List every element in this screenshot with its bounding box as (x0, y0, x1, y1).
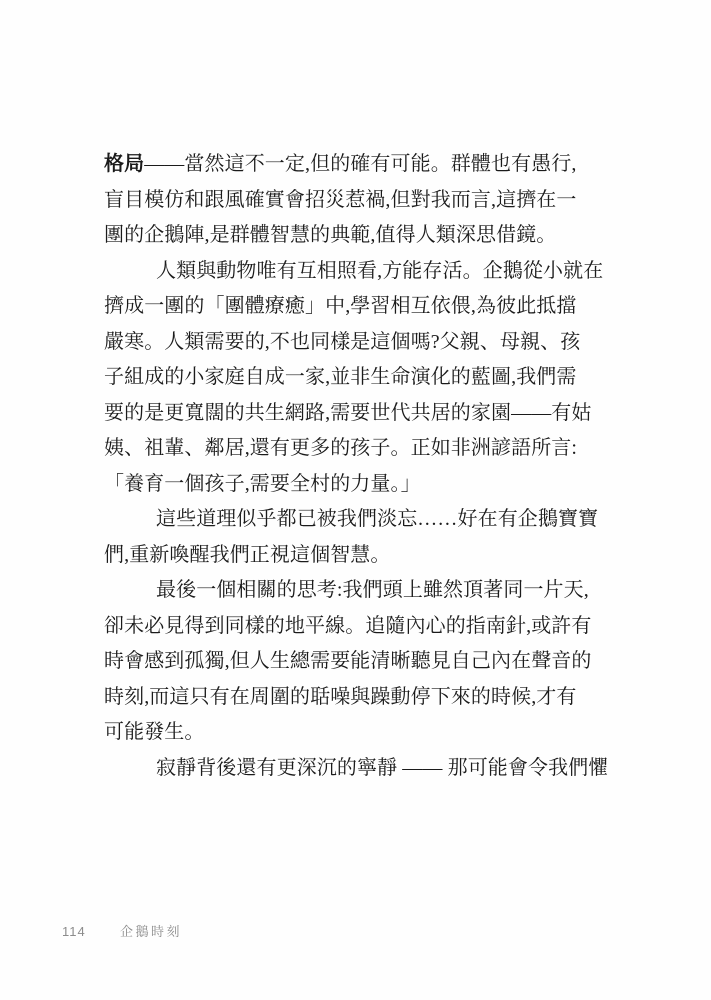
text-line: 最後一個相關的思考:我們頭上雖然頂著同一片天, (104, 573, 634, 609)
text-line: 時會感到孤獨,但人生總需要能清晰聽見自己內在聲音的 (104, 644, 634, 680)
text-line: 擠成一團的「團體療癒」中,學習相互依偎,為彼此抵擋 (104, 289, 634, 325)
text-line: 盲目模仿和跟風確實會招災惹禍,但對我而言,這擠在一 (104, 183, 634, 219)
running-title: 企鵝時刻 (120, 925, 182, 939)
text-line: 這些道理似乎都已被我們淡忘……好在有企鵝寶寶 (104, 502, 634, 538)
text-line: 卻未必見得到同樣的地平線。追隨內心的指南針,或許有 (104, 609, 634, 645)
text-line: 子組成的小家庭自成一家,並非生命演化的藍圖,我們需 (104, 360, 634, 396)
text-line: 們,重新喚醒我們正視這個智慧。 (104, 538, 634, 574)
bold-lead-word: 格局 (104, 153, 144, 175)
text-line: 時刻,而這只有在周圍的聒噪與躁動停下來的時候,才有 (104, 680, 634, 716)
text-line: 可能發生。 (104, 715, 634, 751)
text-line: 要的是更寬闊的共生網路,需要世代共居的家園——有姑 (104, 396, 634, 432)
page-number: 114 (62, 925, 86, 939)
text-line: 嚴寒。人類需要的,不也同樣是這個嗎?父親、母親、孩 (104, 325, 634, 361)
book-page: 格局——當然這不一定,但的確有可能。群體也有愚行,盲目模仿和跟風確實會招災惹禍,… (0, 0, 711, 1000)
body-text: 格局——當然這不一定,但的確有可能。群體也有愚行,盲目模仿和跟風確實會招災惹禍,… (104, 147, 634, 786)
text-line: 姨、祖輩、鄰居,還有更多的孩子。正如非洲諺語所言: (104, 431, 634, 467)
text-line: 團的企鵝陣,是群體智慧的典範,值得人類深思借鏡。 (104, 218, 634, 254)
text-line: 「養育一個孩子,需要全村的力量。」 (104, 467, 634, 503)
text-line: 寂靜背後還有更深沉的寧靜 —— 那可能會令我們懼 (104, 751, 634, 787)
text-line: 格局——當然這不一定,但的確有可能。群體也有愚行, (104, 147, 634, 183)
text-line: 人類與動物唯有互相照看,方能存活。企鵝從小就在 (104, 254, 634, 290)
